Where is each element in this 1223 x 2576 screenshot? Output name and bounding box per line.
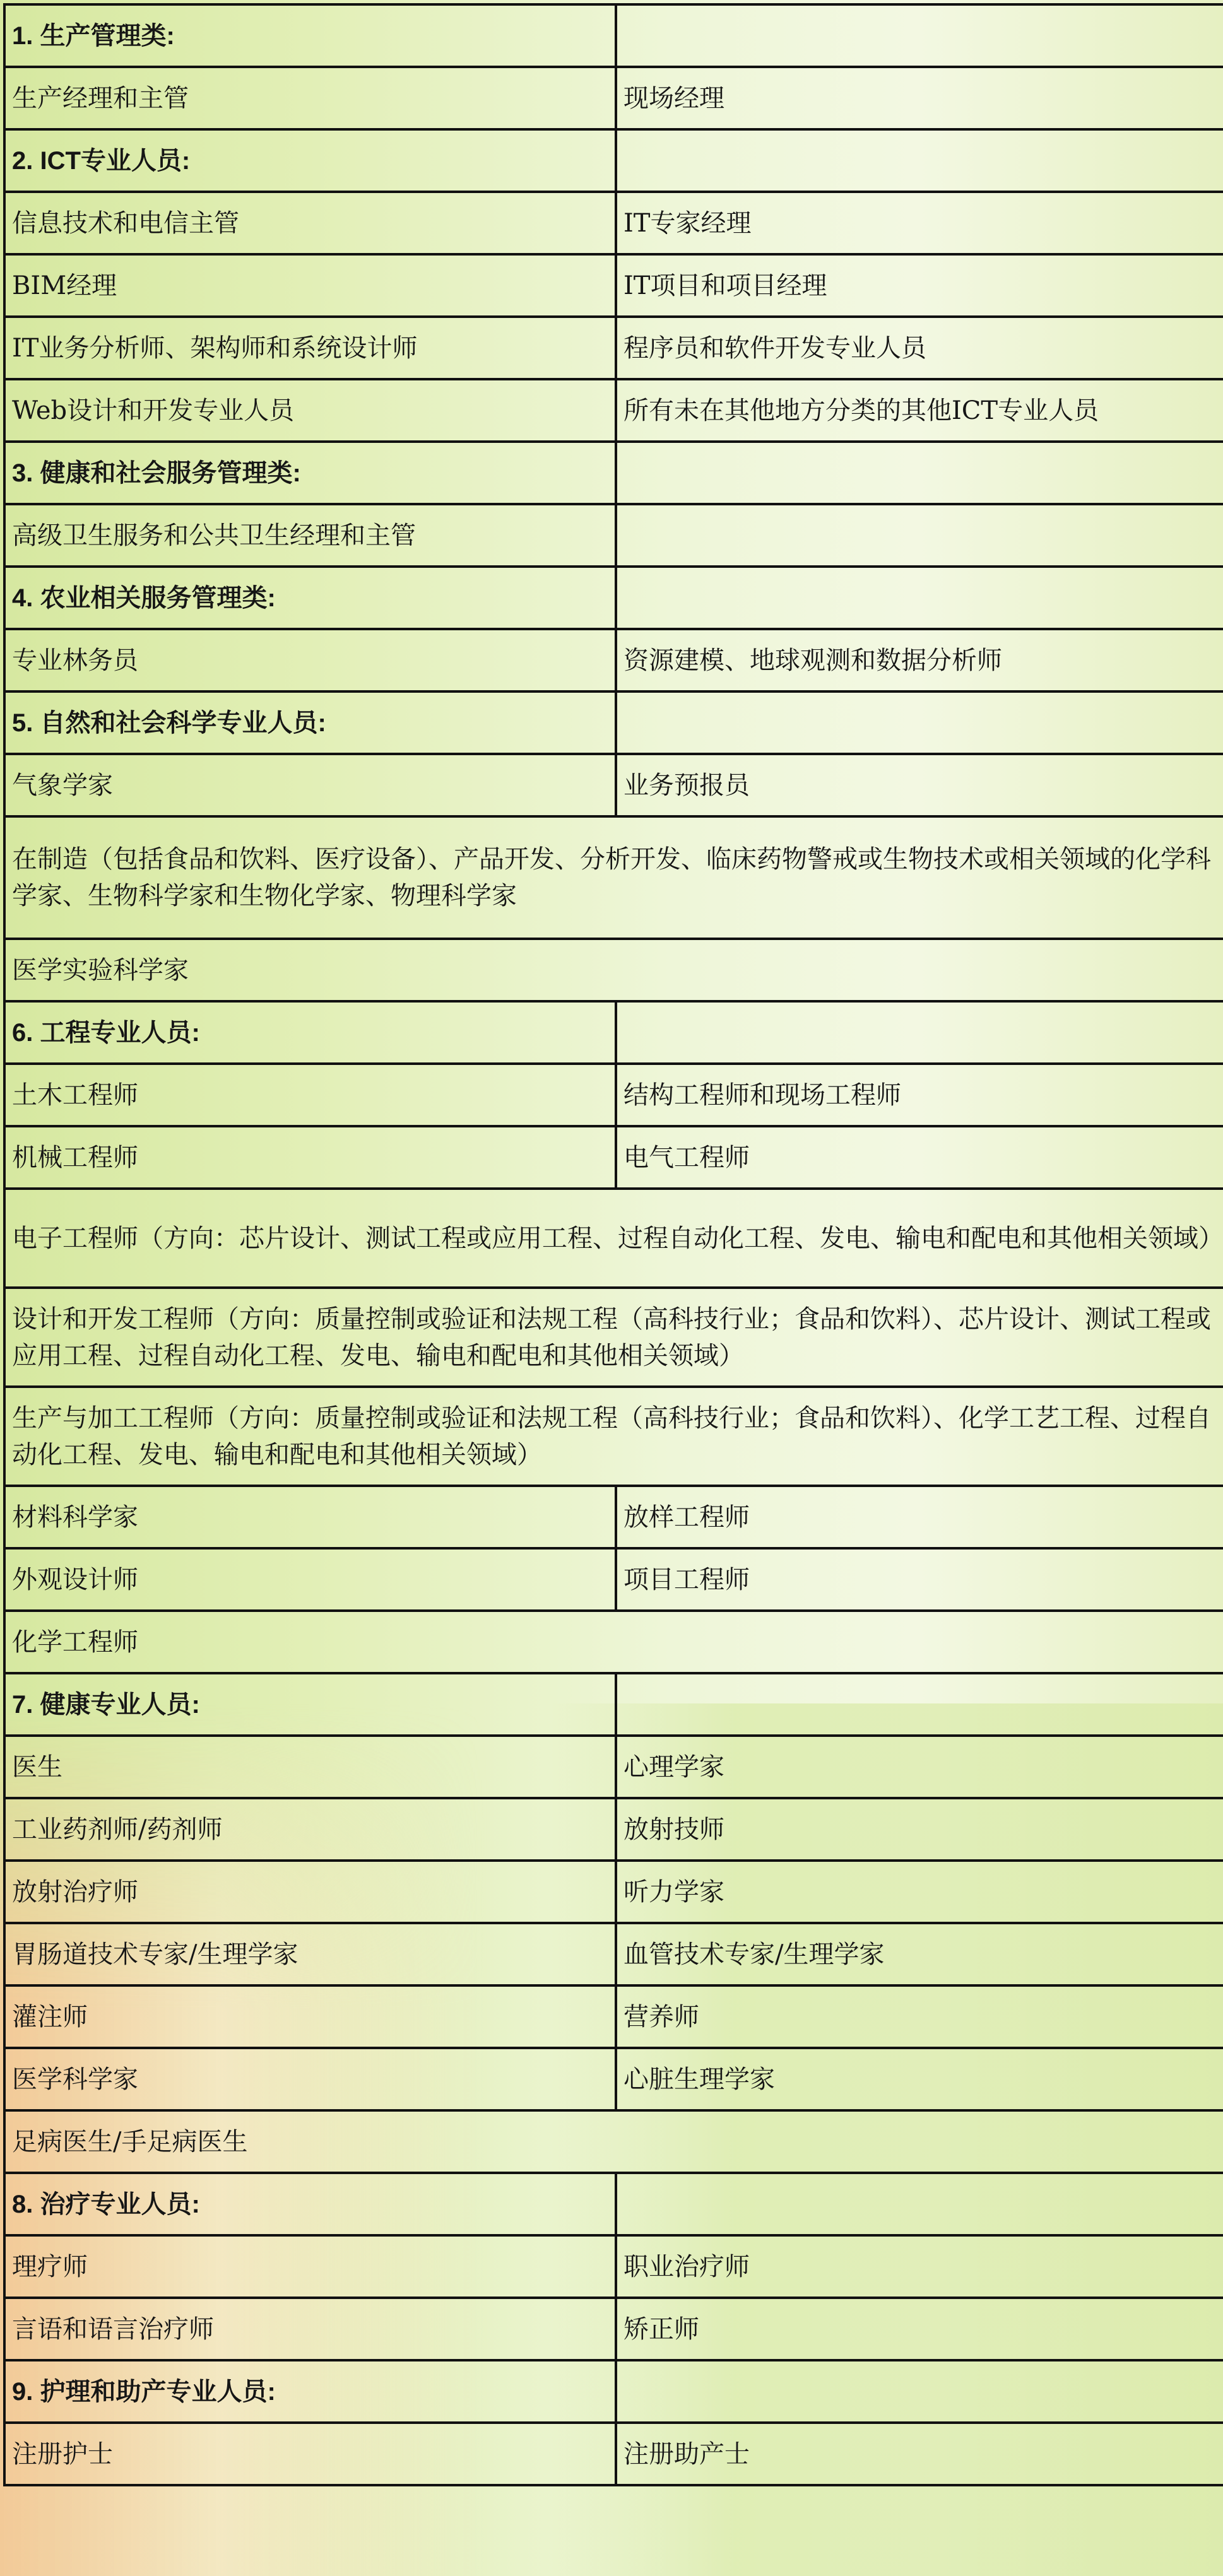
occupation-cell-left: 气象学家	[4, 754, 616, 816]
occupation-cell-wide: 医学实验科学家	[4, 939, 1223, 1001]
occupation-cell-left: 注册护士	[4, 2423, 616, 2485]
occupation-cell-left: 医生	[4, 1736, 616, 1798]
occupation-cell-wide: 电子工程师（方向：芯片设计、测试工程或应用工程、过程自动化工程、发电、输电和配电…	[4, 1189, 1223, 1288]
section-title: 2. ICT专业人员:	[4, 129, 616, 192]
table-row-full-width: 生产与加工工程师（方向：质量控制或验证和法规工程（高科技行业；食品和饮料）、化学…	[4, 1387, 1223, 1486]
table-row: 外观设计师项目工程师	[4, 1548, 1223, 1611]
occupation-cell-right: 放射技师	[616, 1798, 1223, 1861]
table-row-full-width: 足病医生/手足病医生	[4, 2110, 1223, 2173]
section-header-row: 3. 健康和社会服务管理类:	[4, 442, 1223, 504]
section-header-row: 7. 健康专业人员:	[4, 1673, 1223, 1736]
table-row: 土木工程师结构工程师和现场工程师	[4, 1064, 1223, 1126]
occupation-cell-left: 医学科学家	[4, 2048, 616, 2110]
occupation-cell-left: IT业务分析师、架构师和系统设计师	[4, 317, 616, 379]
section-title: 4. 农业相关服务管理类:	[4, 567, 616, 629]
table-row: 医生心理学家	[4, 1736, 1223, 1798]
occupation-cell-wide: 足病医生/手足病医生	[4, 2110, 1223, 2173]
section-empty-cell	[616, 2173, 1223, 2235]
occupation-cell-right	[616, 504, 1223, 567]
section-header-row: 5. 自然和社会科学专业人员:	[4, 691, 1223, 754]
table-row: Web设计和开发专业人员所有未在其他地方分类的其他ICT专业人员	[4, 379, 1223, 442]
table-row-full-width: 化学工程师	[4, 1611, 1223, 1673]
section-title: 8. 治疗专业人员:	[4, 2173, 616, 2235]
occupation-cell-left: 放射治疗师	[4, 1861, 616, 1923]
occupation-cell-right: IT专家经理	[616, 192, 1223, 254]
section-title: 3. 健康和社会服务管理类:	[4, 442, 616, 504]
section-title: 6. 工程专业人员:	[4, 1001, 616, 1064]
occupation-cell-right: 血管技术专家/生理学家	[616, 1923, 1223, 1985]
occupation-cell-right: 资源建模、地球观测和数据分析师	[616, 629, 1223, 691]
occupation-cell-right: 现场经理	[616, 67, 1223, 129]
occupation-cell-right: 程序员和软件开发专业人员	[616, 317, 1223, 379]
occupation-cell-right: 听力学家	[616, 1861, 1223, 1923]
table-row-full-width: 医学实验科学家	[4, 939, 1223, 1001]
section-header-row: 9. 护理和助产专业人员:	[4, 2360, 1223, 2423]
occupation-cell-left: 理疗师	[4, 2235, 616, 2298]
section-title: 9. 护理和助产专业人员:	[4, 2360, 616, 2423]
section-empty-cell	[616, 129, 1223, 192]
table-row: 信息技术和电信主管IT专家经理	[4, 192, 1223, 254]
occupation-cell-right: IT项目和项目经理	[616, 254, 1223, 317]
occupation-cell-right: 项目工程师	[616, 1548, 1223, 1611]
section-empty-cell	[616, 4, 1223, 67]
table-row: 理疗师职业治疗师	[4, 2235, 1223, 2298]
table-row: 工业药剂师/药剂师放射技师	[4, 1798, 1223, 1861]
section-header-row: 2. ICT专业人员:	[4, 129, 1223, 192]
occupation-cell-left: 高级卫生服务和公共卫生经理和主管	[4, 504, 616, 567]
occupation-table-body: 1. 生产管理类:生产经理和主管现场经理2. ICT专业人员:信息技术和电信主管…	[4, 4, 1223, 2485]
table-row-full-width: 设计和开发工程师（方向：质量控制或验证和法规工程（高科技行业；食品和饮料）、芯片…	[4, 1288, 1223, 1387]
table-row: 医学科学家心脏生理学家	[4, 2048, 1223, 2110]
occupation-cell-wide: 设计和开发工程师（方向：质量控制或验证和法规工程（高科技行业；食品和饮料）、芯片…	[4, 1288, 1223, 1387]
occupation-cell-left: 材料科学家	[4, 1486, 616, 1548]
table-row: 气象学家业务预报员	[4, 754, 1223, 816]
section-header-row: 1. 生产管理类:	[4, 4, 1223, 67]
table-row: 胃肠道技术专家/生理学家血管技术专家/生理学家	[4, 1923, 1223, 1985]
section-empty-cell	[616, 1673, 1223, 1736]
occupation-cell-left: Web设计和开发专业人员	[4, 379, 616, 442]
occupation-cell-left: 生产经理和主管	[4, 67, 616, 129]
section-header-row: 8. 治疗专业人员:	[4, 2173, 1223, 2235]
occupation-cell-right: 营养师	[616, 1985, 1223, 2048]
table-row: IT业务分析师、架构师和系统设计师程序员和软件开发专业人员	[4, 317, 1223, 379]
occupation-cell-right: 业务预报员	[616, 754, 1223, 816]
occupation-table: 1. 生产管理类:生产经理和主管现场经理2. ICT专业人员:信息技术和电信主管…	[3, 3, 1223, 2486]
table-row: 放射治疗师听力学家	[4, 1861, 1223, 1923]
section-title: 5. 自然和社会科学专业人员:	[4, 691, 616, 754]
section-header-row: 4. 农业相关服务管理类:	[4, 567, 1223, 629]
section-empty-cell	[616, 567, 1223, 629]
table-row: 机械工程师电气工程师	[4, 1126, 1223, 1189]
table-row: 言语和语言治疗师矫正师	[4, 2298, 1223, 2360]
occupation-cell-right: 放样工程师	[616, 1486, 1223, 1548]
occupation-cell-left: 土木工程师	[4, 1064, 616, 1126]
section-empty-cell	[616, 442, 1223, 504]
section-title: 7. 健康专业人员:	[4, 1673, 616, 1736]
table-row: 注册护士注册助产士	[4, 2423, 1223, 2485]
section-empty-cell	[616, 691, 1223, 754]
occupation-cell-left: BIM经理	[4, 254, 616, 317]
occupation-cell-right: 结构工程师和现场工程师	[616, 1064, 1223, 1126]
occupation-cell-left: 灌注师	[4, 1985, 616, 2048]
section-title: 1. 生产管理类:	[4, 4, 616, 67]
occupation-cell-left: 胃肠道技术专家/生理学家	[4, 1923, 616, 1985]
table-row: BIM经理IT项目和项目经理	[4, 254, 1223, 317]
table-row: 专业林务员资源建模、地球观测和数据分析师	[4, 629, 1223, 691]
table-row-full-width: 在制造（包括食品和饮料、医疗设备）、产品开发、分析开发、临床药物警戒或生物技术或…	[4, 816, 1223, 939]
occupation-cell-left: 言语和语言治疗师	[4, 2298, 616, 2360]
occupation-cell-wide: 在制造（包括食品和饮料、医疗设备）、产品开发、分析开发、临床药物警戒或生物技术或…	[4, 816, 1223, 939]
occupation-cell-right: 电气工程师	[616, 1126, 1223, 1189]
table-row: 材料科学家放样工程师	[4, 1486, 1223, 1548]
occupation-cell-left: 外观设计师	[4, 1548, 616, 1611]
table-row: 高级卫生服务和公共卫生经理和主管	[4, 504, 1223, 567]
table-row: 灌注师营养师	[4, 1985, 1223, 2048]
occupation-cell-left: 专业林务员	[4, 629, 616, 691]
occupation-cell-wide: 生产与加工工程师（方向：质量控制或验证和法规工程（高科技行业；食品和饮料）、化学…	[4, 1387, 1223, 1486]
table-row: 生产经理和主管现场经理	[4, 67, 1223, 129]
occupation-cell-right: 心理学家	[616, 1736, 1223, 1798]
occupation-cell-left: 工业药剂师/药剂师	[4, 1798, 616, 1861]
section-empty-cell	[616, 1001, 1223, 1064]
section-empty-cell	[616, 2360, 1223, 2423]
table-row-full-width: 电子工程师（方向：芯片设计、测试工程或应用工程、过程自动化工程、发电、输电和配电…	[4, 1189, 1223, 1288]
occupation-cell-right: 职业治疗师	[616, 2235, 1223, 2298]
occupation-cell-wide: 化学工程师	[4, 1611, 1223, 1673]
occupation-cell-left: 机械工程师	[4, 1126, 616, 1189]
occupation-cell-left: 信息技术和电信主管	[4, 192, 616, 254]
section-header-row: 6. 工程专业人员:	[4, 1001, 1223, 1064]
occupation-cell-right: 矫正师	[616, 2298, 1223, 2360]
occupation-cell-right: 所有未在其他地方分类的其他ICT专业人员	[616, 379, 1223, 442]
occupation-cell-right: 注册助产士	[616, 2423, 1223, 2485]
occupation-cell-right: 心脏生理学家	[616, 2048, 1223, 2110]
